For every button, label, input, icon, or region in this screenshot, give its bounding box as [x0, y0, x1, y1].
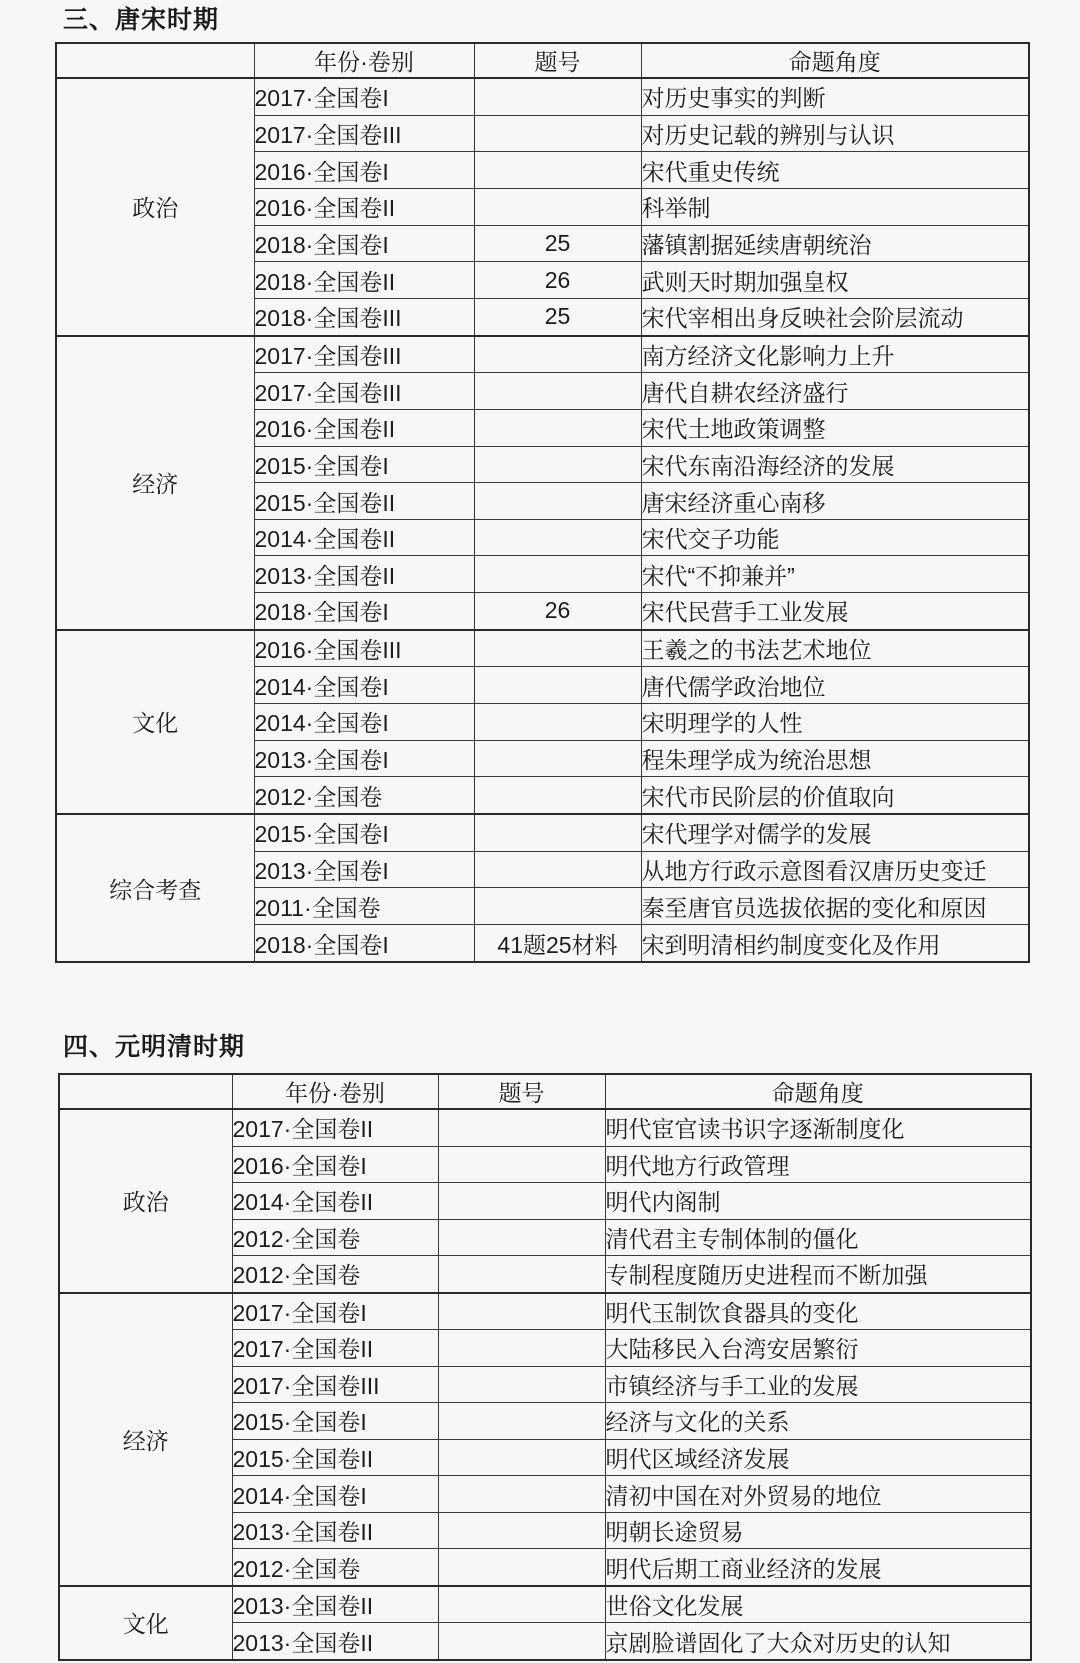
- year-cell: 2015·全国卷I: [232, 1403, 438, 1440]
- year-cell: 2013·全国卷I: [254, 851, 474, 888]
- angle-cell: 藩镇割据延续唐朝统治: [641, 225, 1029, 262]
- question-number-cell: [474, 115, 641, 152]
- question-number-cell: [438, 1439, 605, 1476]
- question-number-cell: [438, 1549, 605, 1586]
- angle-cell: 宋明理学的人性: [641, 704, 1029, 741]
- question-number-cell: [474, 704, 641, 741]
- question-number-cell: [438, 1293, 605, 1330]
- section-title-yuan-ming-qing: 四、元明清时期: [63, 1032, 245, 1062]
- year-cell: 2017·全国卷III: [232, 1366, 438, 1403]
- question-number-cell: [474, 336, 641, 373]
- year-cell: 2012·全国卷: [232, 1219, 438, 1256]
- angle-cell: 对历史记载的辨别与认识: [641, 115, 1029, 152]
- year-cell: 2016·全国卷II: [254, 188, 474, 225]
- table-row: 经济2017·全国卷I明代玉制饮食器具的变化: [59, 1293, 1031, 1330]
- year-cell: 2016·全国卷III: [254, 630, 474, 667]
- angle-cell: 唐代儒学政治地位: [641, 667, 1029, 704]
- question-number-cell: 26: [474, 593, 641, 630]
- question-number-cell: [474, 188, 641, 225]
- angle-cell: 南方经济文化影响力上升: [641, 336, 1029, 373]
- category-cell: 综合考查: [56, 814, 254, 962]
- angle-cell: 宋到明清相约制度变化及作用: [641, 925, 1029, 962]
- year-cell: 2014·全国卷I: [232, 1476, 438, 1513]
- angle-cell: 秦至唐官员选拔依据的变化和原因: [641, 888, 1029, 925]
- year-cell: 2014·全国卷II: [232, 1183, 438, 1220]
- year-cell: 2017·全国卷III: [254, 336, 474, 373]
- table-row: 文化2016·全国卷III王羲之的书法艺术地位: [56, 630, 1029, 667]
- year-cell: 2017·全国卷I: [254, 78, 474, 115]
- year-cell: 2018·全国卷I: [254, 593, 474, 630]
- angle-cell: 宋代东南沿海经济的发展: [641, 446, 1029, 483]
- question-number-cell: [474, 630, 641, 667]
- angle-cell: 宋代市民阶层的价值取向: [641, 777, 1029, 814]
- year-cell: 2013·全国卷II: [232, 1512, 438, 1549]
- question-number-cell: [474, 740, 641, 777]
- table-row: 政治2017·全国卷II明代宦官读书识字逐渐制度化: [59, 1109, 1031, 1146]
- question-number-cell: [438, 1183, 605, 1220]
- category-cell: 文化: [59, 1586, 232, 1660]
- question-number-cell: [474, 78, 641, 115]
- year-cell: 2015·全国卷II: [232, 1439, 438, 1476]
- angle-cell: 宋代“不抑兼并”: [641, 556, 1029, 593]
- question-number-cell: [474, 483, 641, 520]
- angle-cell: 宋代重史传统: [641, 152, 1029, 189]
- year-cell: 2015·全国卷II: [254, 483, 474, 520]
- header-category: [56, 43, 254, 78]
- document-page: { "page": { "background": "#f7f7f6", "te…: [0, 0, 1080, 1663]
- question-number-cell: [438, 1219, 605, 1256]
- year-cell: 2013·全国卷I: [254, 740, 474, 777]
- question-number-cell: [474, 446, 641, 483]
- angle-cell: 明代玉制饮食器具的变化: [605, 1293, 1031, 1330]
- angle-cell: 清代君主专制体制的僵化: [605, 1219, 1031, 1256]
- angle-cell: 明代后期工商业经济的发展: [605, 1549, 1031, 1586]
- angle-cell: 武则天时期加强皇权: [641, 262, 1029, 299]
- question-number-cell: [438, 1623, 605, 1660]
- angle-cell: 市镇经济与手工业的发展: [605, 1366, 1031, 1403]
- year-cell: 2013·全国卷II: [254, 556, 474, 593]
- header-angle: 命题角度: [641, 43, 1029, 78]
- year-cell: 2017·全国卷II: [232, 1109, 438, 1146]
- angle-cell: 明代区域经济发展: [605, 1439, 1031, 1476]
- year-cell: 2012·全国卷: [232, 1549, 438, 1586]
- angle-cell: 京剧脸谱固化了大众对历史的认知: [605, 1623, 1031, 1660]
- question-number-cell: [438, 1146, 605, 1183]
- angle-cell: 唐宋经济重心南移: [641, 483, 1029, 520]
- question-number-cell: [438, 1256, 605, 1293]
- table-row: 文化2013·全国卷II世俗文化发展: [59, 1586, 1031, 1623]
- header-qnum: 题号: [474, 43, 641, 78]
- angle-cell: 大陆移民入台湾安居繁衍: [605, 1330, 1031, 1367]
- question-number-cell: [474, 152, 641, 189]
- question-number-cell: [438, 1109, 605, 1146]
- year-cell: 2018·全国卷I: [254, 925, 474, 962]
- year-cell: 2011·全国卷: [254, 888, 474, 925]
- angle-cell: 宋代理学对儒学的发展: [641, 814, 1029, 851]
- question-number-cell: [474, 814, 641, 851]
- header-qnum: 题号: [438, 1074, 605, 1109]
- question-number-cell: [474, 409, 641, 446]
- question-number-cell: [474, 888, 641, 925]
- table-header-row: 年份·卷别 题号 命题角度: [56, 43, 1029, 78]
- question-number-cell: [438, 1403, 605, 1440]
- year-cell: 2012·全国卷: [254, 777, 474, 814]
- year-cell: 2015·全国卷I: [254, 814, 474, 851]
- year-cell: 2018·全国卷III: [254, 298, 474, 335]
- table-row: 经济2017·全国卷III南方经济文化影响力上升: [56, 336, 1029, 373]
- section-title-tang-song: 三、唐宋时期: [63, 5, 219, 35]
- question-number-cell: [474, 556, 641, 593]
- question-number-cell: [438, 1366, 605, 1403]
- year-cell: 2014·全国卷I: [254, 667, 474, 704]
- year-cell: 2017·全国卷II: [232, 1330, 438, 1367]
- year-cell: 2012·全国卷: [232, 1256, 438, 1293]
- category-cell: 政治: [59, 1109, 232, 1293]
- year-cell: 2018·全国卷II: [254, 262, 474, 299]
- question-number-cell: [474, 851, 641, 888]
- year-cell: 2013·全国卷II: [232, 1623, 438, 1660]
- year-cell: 2017·全国卷III: [254, 115, 474, 152]
- angle-cell: 对历史事实的判断: [641, 78, 1029, 115]
- question-number-cell: [438, 1512, 605, 1549]
- angle-cell: 专制程度随历史进程而不断加强: [605, 1256, 1031, 1293]
- angle-cell: 宋代民营手工业发展: [641, 593, 1029, 630]
- angle-cell: 明朝长途贸易: [605, 1512, 1031, 1549]
- category-cell: 政治: [56, 78, 254, 336]
- question-number-cell: [438, 1476, 605, 1513]
- year-cell: 2014·全国卷II: [254, 519, 474, 556]
- angle-cell: 宋代土地政策调整: [641, 409, 1029, 446]
- angle-cell: 王羲之的书法艺术地位: [641, 630, 1029, 667]
- year-cell: 2017·全国卷III: [254, 373, 474, 410]
- year-cell: 2017·全国卷I: [232, 1293, 438, 1330]
- question-number-cell: [474, 519, 641, 556]
- header-year: 年份·卷别: [254, 43, 474, 78]
- angle-cell: 从地方行政示意图看汉唐历史变迁: [641, 851, 1029, 888]
- angle-cell: 经济与文化的关系: [605, 1403, 1031, 1440]
- angle-cell: 唐代自耕农经济盛行: [641, 373, 1029, 410]
- year-cell: 2018·全国卷I: [254, 225, 474, 262]
- table-row: 政治2017·全国卷I对历史事实的判断: [56, 78, 1029, 115]
- year-cell: 2016·全国卷I: [254, 152, 474, 189]
- angle-cell: 科举制: [641, 188, 1029, 225]
- category-cell: 经济: [59, 1293, 232, 1586]
- question-number-cell: 25: [474, 225, 641, 262]
- question-number-cell: [474, 667, 641, 704]
- angle-cell: 明代内阁制: [605, 1183, 1031, 1220]
- header-category: [59, 1074, 232, 1109]
- year-cell: 2015·全国卷I: [254, 446, 474, 483]
- question-number-cell: [438, 1330, 605, 1367]
- question-number-cell: [474, 777, 641, 814]
- year-cell: 2013·全国卷II: [232, 1586, 438, 1623]
- year-cell: 2014·全国卷I: [254, 704, 474, 741]
- question-number-cell: 26: [474, 262, 641, 299]
- year-cell: 2016·全国卷I: [232, 1146, 438, 1183]
- question-number-cell: [474, 373, 641, 410]
- question-number-cell: 25: [474, 298, 641, 335]
- tang-song-table: 年份·卷别 题号 命题角度 政治2017·全国卷I对历史事实的判断2017·全国…: [55, 42, 1030, 963]
- category-cell: 文化: [56, 630, 254, 814]
- category-cell: 经济: [56, 336, 254, 630]
- header-year: 年份·卷别: [232, 1074, 438, 1109]
- header-angle: 命题角度: [605, 1074, 1031, 1109]
- question-number-cell: 41题25材料: [474, 925, 641, 962]
- angle-cell: 清初中国在对外贸易的地位: [605, 1476, 1031, 1513]
- angle-cell: 明代地方行政管理: [605, 1146, 1031, 1183]
- angle-cell: 明代宦官读书识字逐渐制度化: [605, 1109, 1031, 1146]
- angle-cell: 程朱理学成为统治思想: [641, 740, 1029, 777]
- yuan-ming-qing-table: 年份·卷别 题号 命题角度 政治2017·全国卷II明代宦官读书识字逐渐制度化2…: [58, 1073, 1032, 1661]
- angle-cell: 宋代交子功能: [641, 519, 1029, 556]
- angle-cell: 世俗文化发展: [605, 1586, 1031, 1623]
- table-header-row: 年份·卷别 题号 命题角度: [59, 1074, 1031, 1109]
- angle-cell: 宋代宰相出身反映社会阶层流动: [641, 298, 1029, 335]
- year-cell: 2016·全国卷II: [254, 409, 474, 446]
- question-number-cell: [438, 1586, 605, 1623]
- table-row: 综合考查2015·全国卷I宋代理学对儒学的发展: [56, 814, 1029, 851]
